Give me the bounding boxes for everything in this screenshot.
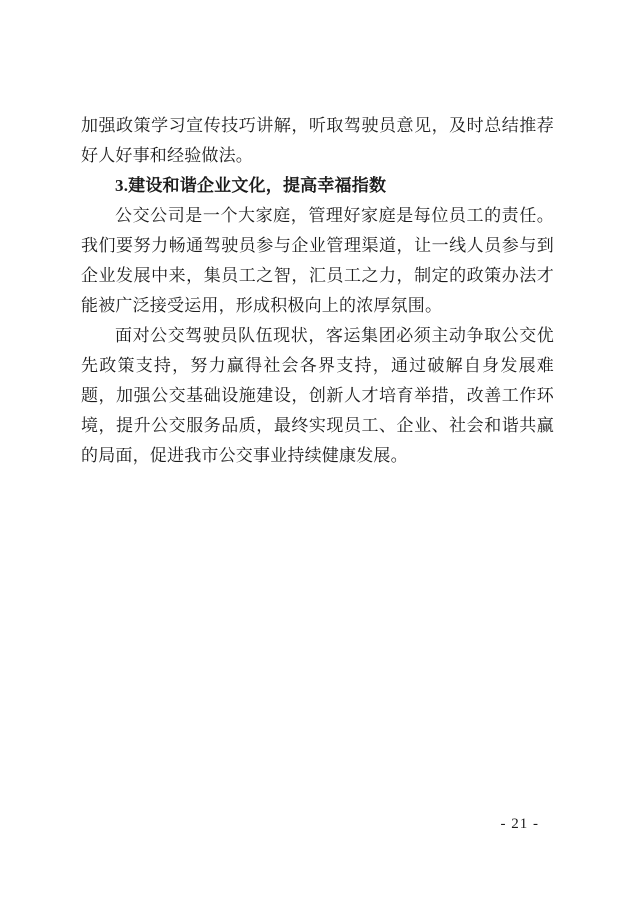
document-page: 加强政策学习宣传技巧讲解，听取驾驶员意见，及时总结推荐好人好事和经验做法。 3.… bbox=[0, 0, 636, 900]
paragraph: 公交公司是一个大家庭，管理好家庭是每位员工的责任。我们要努力畅通驾驶员参与企业管… bbox=[81, 201, 554, 321]
page-number: - 21 - bbox=[501, 814, 540, 834]
section-heading: 3.建设和谐企业文化，提高幸福指数 bbox=[81, 171, 554, 201]
document-body: 加强政策学习宣传技巧讲解，听取驾驶员意见，及时总结推荐好人好事和经验做法。 3.… bbox=[81, 111, 554, 471]
paragraph-continuation: 加强政策学习宣传技巧讲解，听取驾驶员意见，及时总结推荐好人好事和经验做法。 bbox=[81, 111, 554, 171]
paragraph: 面对公交驾驶员队伍现状，客运集团必须主动争取公交优先政策支持，努力赢得社会各界支… bbox=[81, 321, 554, 471]
